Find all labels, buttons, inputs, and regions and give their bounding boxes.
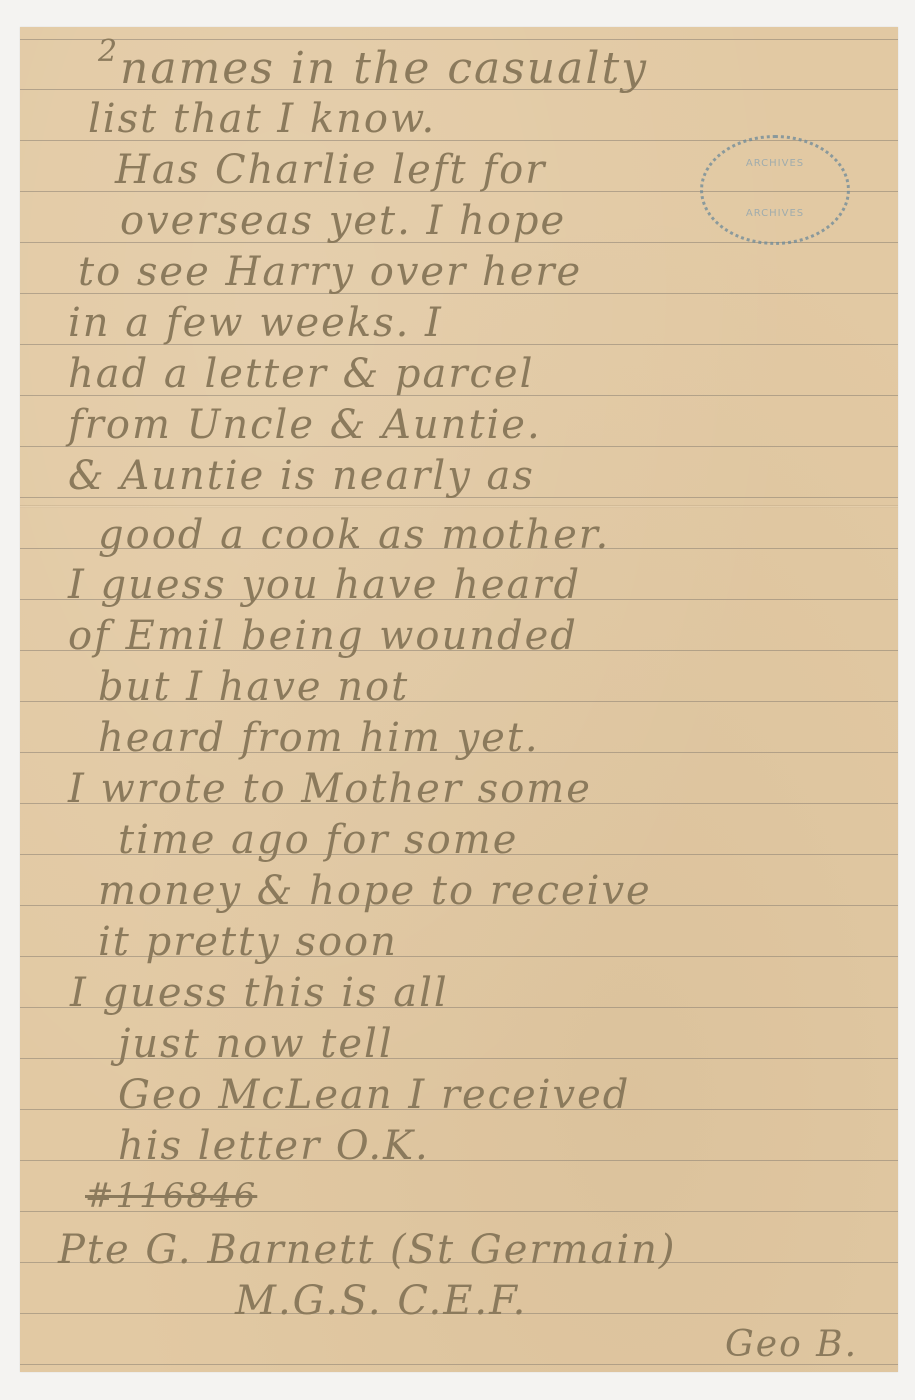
letter-line: I wrote to Mother some bbox=[68, 769, 592, 809]
signature-name: Pte G. Barnett (St Germain) bbox=[58, 1230, 676, 1270]
signature-initials: Geo B. bbox=[725, 1327, 858, 1363]
paper-fold bbox=[20, 505, 898, 508]
stamp-top-text: ARCHIVES bbox=[703, 158, 847, 169]
letter-line: names in the casualty bbox=[120, 47, 648, 91]
letter-line: in a few weeks. I bbox=[68, 303, 443, 343]
letter-line: of Emil being wounded bbox=[68, 616, 578, 656]
letter-line: had a letter & parcel bbox=[68, 354, 534, 394]
letter-line: just now tell bbox=[118, 1024, 394, 1064]
letter-line: Has Charlie left for bbox=[115, 150, 546, 190]
letter-paper: ARCHIVES ARCHIVES 2 names in the casualt… bbox=[20, 27, 898, 1372]
letter-line: overseas yet. I hope bbox=[120, 201, 566, 241]
stamp-bottom-text: ARCHIVES bbox=[703, 208, 847, 219]
archive-stamp: ARCHIVES ARCHIVES bbox=[700, 135, 850, 245]
regimental-number: #116846 bbox=[85, 1179, 257, 1213]
signature-unit: M.G.S. C.E.F. bbox=[235, 1281, 527, 1321]
letter-line: heard from him yet. bbox=[98, 718, 540, 758]
letter-line: to see Harry over here bbox=[78, 252, 582, 292]
page-marker: 2 bbox=[98, 37, 119, 67]
letter-line: list that I know. bbox=[88, 99, 436, 139]
ruled-line bbox=[20, 39, 898, 40]
letter-line: I guess you have heard bbox=[68, 565, 581, 605]
letter-line: from Uncle & Auntie. bbox=[68, 405, 542, 445]
letter-line: money & hope to receive bbox=[98, 871, 652, 911]
letter-line: & Auntie is nearly as bbox=[68, 456, 535, 496]
letter-line: time ago for some bbox=[118, 820, 518, 860]
letter-line: but I have not bbox=[98, 667, 409, 707]
letter-line: I guess this is all bbox=[70, 973, 449, 1013]
letter-line: it pretty soon bbox=[98, 922, 398, 962]
letter-line: his letter O.K. bbox=[118, 1126, 430, 1166]
letter-line: good a cook as mother. bbox=[98, 515, 610, 555]
letter-line: Geo McLean I received bbox=[118, 1075, 630, 1115]
